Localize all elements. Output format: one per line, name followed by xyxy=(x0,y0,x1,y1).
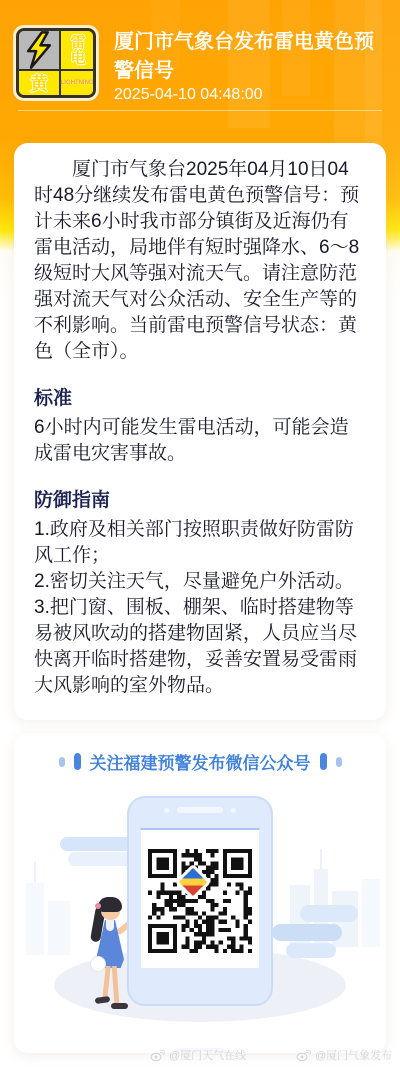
warning-icon-label-zh: 雷电 xyxy=(61,31,93,71)
warning-icon-level: 黄 xyxy=(19,71,61,95)
skyline-building xyxy=(48,901,70,955)
wechat-qr-card: 关注福建预警发布微信公众号 xyxy=(14,733,386,1053)
phone-speaker-bar xyxy=(177,807,223,813)
lightning-bolt-icon xyxy=(19,31,61,71)
cloud-blob-icon xyxy=(286,943,336,958)
guide-item-2: 2.密切关注天气，尽量避免户外活动。 xyxy=(34,569,366,595)
watermark-text: @厦门气象发布 xyxy=(315,1047,392,1063)
defense-guide-heading: 防御指南 xyxy=(34,485,366,512)
guide-item-3: 3.把门窗、围板、棚架、临时搭建物等易被风吹动的搭建物固紧，人员应当尽快离开临时… xyxy=(34,595,366,699)
warning-bulletin-card: 厦门市气象台2025年04月10日04时48分继续发布雷电黄色预警信号：预计未来… xyxy=(14,143,386,720)
warning-icon-label-en: LIGHTNING xyxy=(61,71,93,95)
girl-leg xyxy=(112,966,120,1004)
warning-paragraph: 厦门市气象台2025年04月10日04时48分继续发布雷电黄色预警信号：预计未来… xyxy=(34,157,366,365)
page-title: 厦门市气象台发布雷电黄色预警信号 xyxy=(114,28,390,86)
standard-text: 6小时内可能发生雷电活动，可能会造成雷电灾害事故。 xyxy=(34,415,366,467)
guide-item-1: 1.政府及相关部门按照职责做好防雷防风工作； xyxy=(34,517,366,569)
girl-leg xyxy=(102,966,111,1000)
watermark-weibo-right: @厦门气象发布 xyxy=(296,1047,392,1063)
girl-hair xyxy=(98,897,122,912)
watermark-text: @厦门天气在线 xyxy=(169,1047,246,1063)
lightning-yellow-warning-icon: 雷电 黄 LIGHTNING xyxy=(16,28,96,98)
deco-dot-icon xyxy=(59,757,65,767)
skyline-antenna xyxy=(34,861,36,883)
deco-dot-icon xyxy=(336,757,342,767)
watermark-weibo-left: @厦门天气在线 xyxy=(150,1047,246,1063)
phone-speaker xyxy=(129,807,271,813)
girl-shoe xyxy=(95,996,111,1004)
deco-bar-icon xyxy=(320,753,327,770)
phone-screen xyxy=(140,828,260,969)
phone-camera-dot xyxy=(231,808,236,813)
girl-shoe xyxy=(111,1003,128,1009)
qr-card-heading-row: 关注福建预警发布微信公众号 xyxy=(14,749,386,774)
skyline-building xyxy=(26,883,44,955)
phone-camera-dot xyxy=(164,808,169,813)
qr-card-heading: 关注福建预警发布微信公众号 xyxy=(90,749,311,774)
cloud-blob-icon xyxy=(272,924,342,941)
weibo-icon xyxy=(150,1049,165,1062)
girl-collar xyxy=(106,920,114,931)
girl-handbag xyxy=(90,956,106,972)
phone-illustration xyxy=(127,796,273,1006)
girl-hairtie xyxy=(95,903,101,909)
header-divider xyxy=(18,110,382,111)
qr-code xyxy=(148,849,252,953)
issue-datetime: 2025-04-10 04:48:00 xyxy=(114,86,390,104)
deco-bar-icon xyxy=(74,753,81,770)
standard-heading: 标准 xyxy=(34,383,366,410)
cloud-blob-icon xyxy=(300,905,358,922)
weibo-icon xyxy=(296,1049,311,1062)
skyline-antenna xyxy=(320,849,322,869)
skyline-building xyxy=(362,879,380,947)
